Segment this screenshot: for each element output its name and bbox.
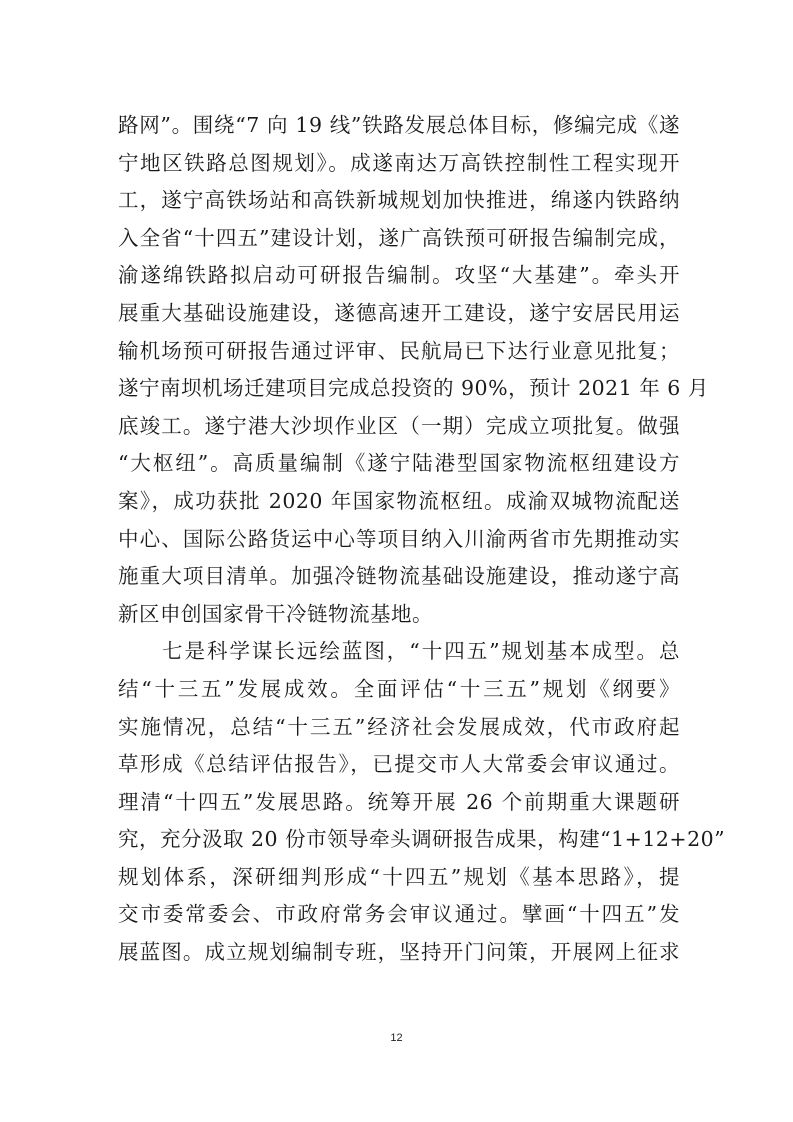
page-number: 12: [0, 1032, 793, 1044]
document-page: 路网”。围绕“7 向 19 线”铁路发展总体目标，修编完成《遂 宁地区铁路总图规…: [0, 0, 793, 1122]
text-line: 结“十三五”发展成效。全面评估“十三五”规划《纲要》: [118, 671, 680, 709]
text-line: 规划体系，深研细判形成“十四五”规划《基本思路》，提: [118, 859, 680, 897]
text-line: 究，充分汲取 20 份市领导牵头调研报告成果，构建“1+12+20”: [118, 821, 680, 859]
text-line: 展蓝图。成立规划编制专班，坚持开门问策，开展网上征求: [118, 934, 680, 972]
text-line: 案》，成功获批 2020 年国家物流枢纽。成渝双城物流配送: [118, 483, 680, 521]
text-line: 展重大基础设施建设，遂德高速开工建设，遂宁安居民用运: [118, 295, 680, 333]
body-text: 路网”。围绕“7 向 19 线”铁路发展总体目标，修编完成《遂 宁地区铁路总图规…: [118, 107, 680, 972]
text-line-paragraph-end: 新区申创国家骨干冷链物流基地。: [118, 596, 680, 634]
text-line-paragraph-start: 七是科学谋长远绘蓝图，“十四五”规划基本成型。总: [118, 633, 680, 671]
text-line: 中心、国际公路货运中心等项目纳入川渝两省市先期推动实: [118, 521, 680, 559]
text-line: 遂宁南坝机场迁建项目完成总投资的 90%，预计 2021 年 6 月: [118, 370, 680, 408]
text-line: 施重大项目清单。加强冷链物流基础设施建设，推动遂宁高: [118, 558, 680, 596]
text-line: 实施情况，总结“十三五”经济社会发展成效，代市政府起: [118, 709, 680, 747]
text-line: 草形成《总结评估报告》，已提交市人大常委会审议通过。: [118, 746, 680, 784]
text-line: 理清“十四五”发展思路。统筹开展 26 个前期重大课题研: [118, 784, 680, 822]
text-line: 输机场预可研报告通过评审、民航局已下达行业意见批复；: [118, 333, 680, 371]
text-line: 工，遂宁高铁场站和高铁新城规划加快推进，绵遂内铁路纳: [118, 182, 680, 220]
text-line: 宁地区铁路总图规划》。成遂南达万高铁控制性工程实现开: [118, 145, 680, 183]
text-line: 入全省“十四五”建设计划，遂广高铁预可研报告编制完成，: [118, 220, 680, 258]
text-line: 渝遂绵铁路拟启动可研报告编制。攻坚“大基建”。牵头开: [118, 257, 680, 295]
text-line: “大枢纽”。高质量编制《遂宁陆港型国家物流枢纽建设方: [118, 445, 680, 483]
text-line: 交市委常委会、市政府常务会审议通过。擘画“十四五”发: [118, 896, 680, 934]
text-line: 路网”。围绕“7 向 19 线”铁路发展总体目标，修编完成《遂: [118, 107, 680, 145]
text-line: 底竣工。遂宁港大沙坝作业区（一期）完成立项批复。做强: [118, 408, 680, 446]
